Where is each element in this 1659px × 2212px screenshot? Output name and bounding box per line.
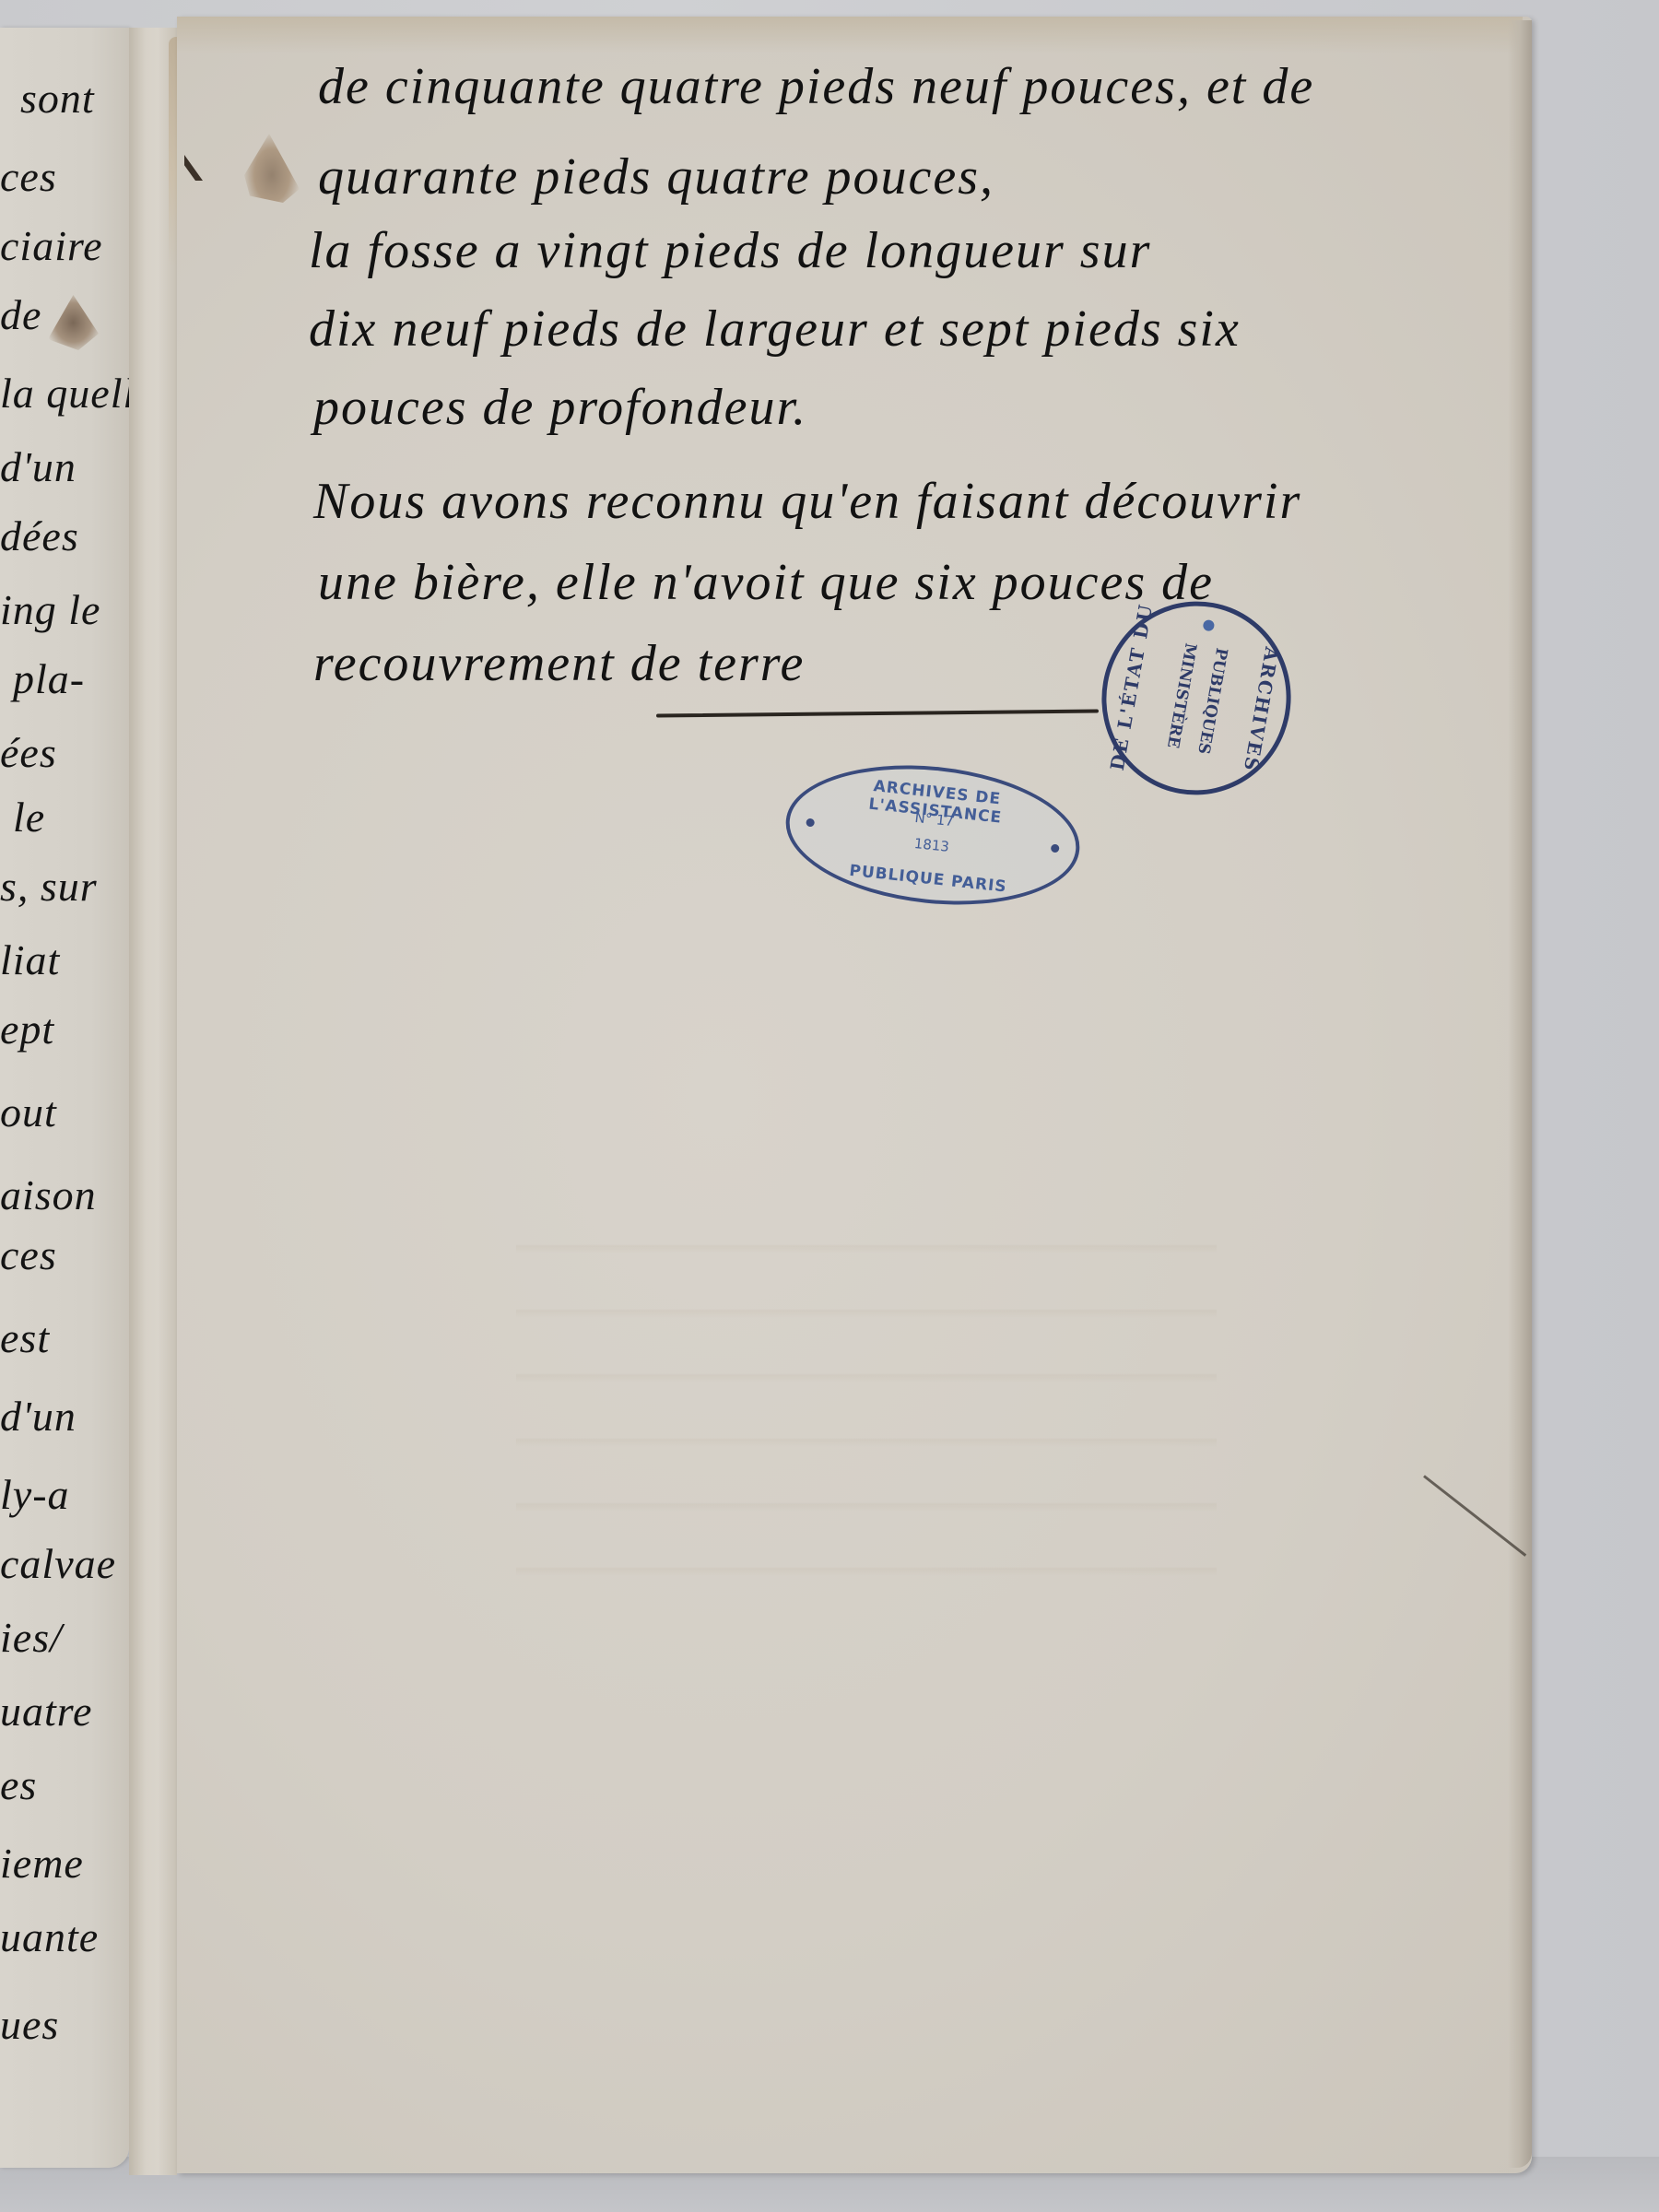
paper-damage — [48, 295, 99, 350]
left-fragment-line: dées — [0, 512, 79, 560]
left-fragment-line: ieme — [0, 1839, 84, 1888]
manuscript-line: dix neuf pieds de largeur et sept pieds … — [309, 300, 1241, 359]
left-fragment-line: es — [0, 1760, 37, 1809]
left-fragment-line: ues — [0, 2000, 59, 2049]
left-fragment-line: est — [0, 1313, 50, 1362]
manuscript-line: Nous avons reconnu qu'en faisant découvr… — [313, 472, 1301, 531]
left-fragment-line: aison — [0, 1171, 97, 1219]
left-fragment-line: ies/ — [0, 1613, 63, 1662]
page-right-edge — [1508, 20, 1532, 2168]
left-fragment-line: liat — [0, 935, 60, 984]
left-fragment-line: uante — [0, 1912, 99, 1961]
left-fragment-line: sont — [20, 74, 95, 123]
left-fragment-line: ces — [0, 1230, 57, 1279]
book-gutter — [129, 28, 177, 2175]
left-fragment-line: uatre — [0, 1687, 92, 1735]
left-fragment-line: pla- — [13, 654, 85, 703]
left-fragment-line: out — [0, 1088, 57, 1136]
stamp-dot-icon — [1202, 619, 1215, 632]
left-fragment-line: s, sur — [0, 862, 98, 911]
left-fragment-line: de — [0, 290, 41, 339]
manuscript-line: la fosse a vingt pieds de longueur sur — [309, 221, 1151, 280]
left-fragment-line: ciaire — [0, 221, 103, 270]
manuscript-line: quarante pieds quatre pouces, — [318, 147, 994, 206]
page-top-edge — [177, 17, 1523, 53]
manuscript-line: pouces de profondeur. — [313, 378, 807, 437]
bleed-through-text — [516, 1189, 1217, 1576]
left-fragment-line: d'un — [0, 442, 76, 491]
left-fragment-line: ept — [0, 1005, 54, 1053]
manuscript-line: de cinquante quatre pieds neuf pouces, e… — [318, 57, 1314, 116]
left-fragment-line: ces — [0, 152, 57, 201]
left-fragment-line: ly-a — [0, 1470, 70, 1519]
left-fragment-line: ing le — [0, 585, 100, 634]
left-fragment-line: calvae — [0, 1539, 116, 1588]
manuscript-line: une bière, elle n'avoit que six pouces d… — [318, 553, 1214, 612]
left-fragment-line: ées — [0, 728, 57, 777]
manuscript-line: recouvrement de terre — [313, 634, 805, 693]
left-facing-page: sont ces ciaire de la quelle d'un dées i… — [0, 28, 129, 2168]
left-fragment-line: d'un — [0, 1392, 76, 1441]
left-fragment-line: le — [13, 793, 45, 841]
